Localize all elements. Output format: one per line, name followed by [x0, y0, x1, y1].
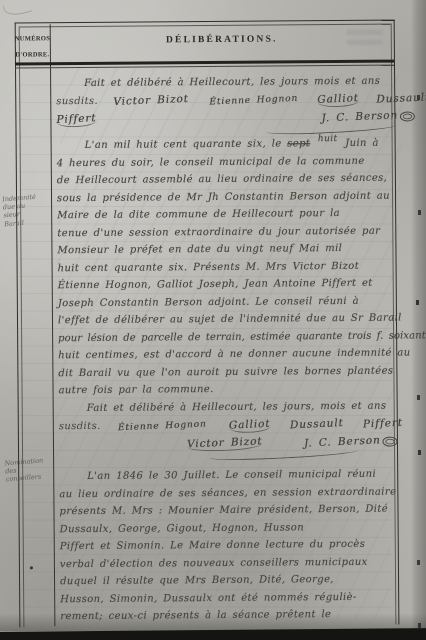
handwritten-line: 4 heures du soir, le conseil municipal d… [57, 156, 365, 169]
page-content: NUMÉROS D'ORDRE. DÉLIBÉRATIONS. Indemnit… [0, 0, 426, 640]
handwritten-segment: Juin à [345, 138, 379, 149]
handwritten-line: Dussaulx, George, Gigout, Hognon, Husson [60, 522, 305, 535]
handwritten-line: l'effet de délibérer au sujet de l'indem… [58, 313, 402, 327]
signature-piffert: Piffert [56, 112, 97, 128]
handwritten-line: Joseph Constantin Berson adjoint. Le con… [58, 296, 359, 309]
handwritten-line: Fait et délibéré à Heillecourt, les jour… [87, 401, 387, 414]
handwritten-line: Fait et délibéré à Heillecourt, les jour… [84, 76, 380, 89]
signature-victor-bizot: Victor Bizot [113, 93, 189, 108]
handwritten-line: sous la présidence de Mr Jh Constantin B… [57, 191, 390, 205]
handwritten-line: duquel il résulte que Mrs Berson, Dité, … [60, 574, 334, 587]
margin-note-conseillers: Nomination des conseillers [1, 455, 58, 484]
handwritten-line: tenue d'une session extraordinaire du jo… [57, 226, 380, 240]
signature-etienne-hognon: Étienne Hognon [118, 420, 207, 434]
handwritten-line: L'an 1846 le 30 Juillet. Le conseil muni… [87, 469, 376, 482]
handwritten-line: L'an mil huit cent quarante six, le sept… [85, 138, 379, 151]
numeros-label-line2: D'ORDRE. [15, 47, 50, 63]
handwritten-line: Monsieur le préfet en date du vingt neuf… [57, 243, 342, 256]
signature-row: Piffert J. C. Berson [56, 113, 96, 127]
signature-piffert: Piffert [363, 417, 403, 431]
handwritten-line: huit cent quarante six. Présents M. Mrs … [58, 261, 360, 274]
ink-speck [30, 566, 33, 569]
struck-word: sept [287, 138, 310, 149]
faint-stamp [340, 25, 390, 57]
signature-galliot: Galliot [228, 418, 270, 434]
signature-row: susdits. Victor Bizot Étienne Hognon Gal… [56, 92, 426, 109]
numeros-label-line1: NUMÉROS [15, 31, 50, 47]
signature-etienne-hognon: Étienne Hognon [209, 94, 298, 108]
handwritten-line: dit Barail vu que l'on auroit pu suivre … [58, 366, 393, 380]
binding-stitches [417, 95, 420, 100]
handwritten-line: huit centimes, est d'accord à ne donner … [58, 347, 410, 361]
handwritten-line: autre fois par la commune. [59, 384, 214, 396]
signature-row: susdits. Étienne Hognon Galliot Dussault… [59, 418, 403, 435]
handwritten-line: Husson, Simonin, Dussaulx ont été nommés… [60, 592, 357, 605]
handwritten-line: verbal d'élection des nouveaux conseille… [60, 557, 368, 570]
interlinear-correction: huit [318, 134, 338, 144]
handwritten-line: pour lésion de parcelle de terrain, esti… [58, 330, 426, 344]
handwritten-word-susdits: susdits. [56, 96, 98, 107]
signature-dussault: Dussault [290, 417, 344, 431]
handwritten-line: de Heillecourt assemblé au lieu ordinair… [57, 173, 387, 187]
handwritten-text: Fait et délibéré à Heillecourt, les jour… [56, 67, 396, 630]
signature-galliot: Galliot [317, 92, 359, 108]
register-page-photo: NUMÉROS D'ORDRE. DÉLIBÉRATIONS. Indemnit… [0, 0, 426, 640]
handwritten-line: Maire de la dite commune de Heillecourt … [57, 208, 340, 221]
margin-note-indemnite: Indemnité due au sieur Barail [0, 191, 56, 228]
handwritten-word-susdits: susdits. [59, 421, 101, 432]
handwritten-segment: L'an mil huit cent quarante six, le [85, 138, 282, 151]
handwritten-line: au lieu ordinaire de ses séances, en ses… [59, 487, 396, 501]
handwritten-line: Étienne Hognon, Galliot Joseph, Jean Ant… [58, 278, 373, 291]
handwritten-line: présents M. Mrs : Mounier Maire présiden… [59, 504, 388, 518]
column-header-numeros: NUMÉROS D'ORDRE. [15, 31, 50, 63]
handwritten-line: Piffert et Simonin. Le Maire donne lectu… [60, 539, 366, 552]
signature-victor-bizot: Victor Bizot [187, 435, 263, 452]
berson-paraph-icon [382, 436, 398, 448]
